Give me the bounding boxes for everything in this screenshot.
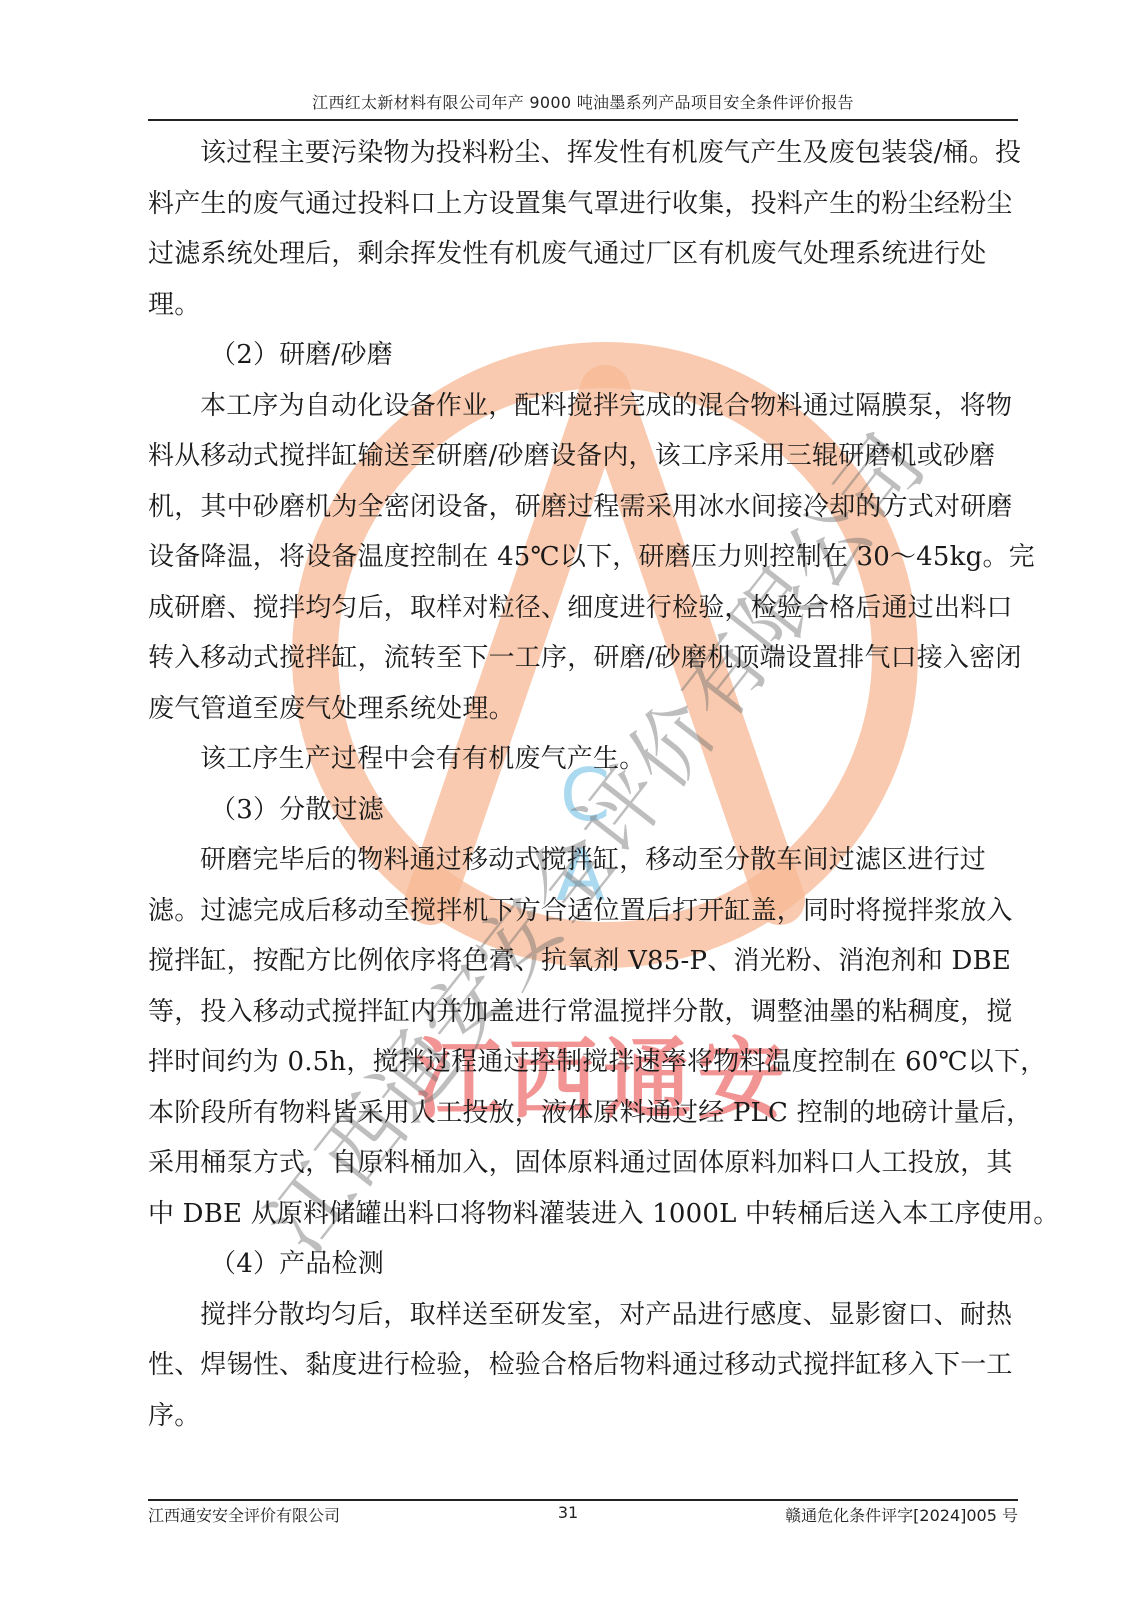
footer-doc-number: 赣通危化条件评字[2024]005 号 bbox=[785, 1503, 1018, 1526]
paragraph-line: 等，投入移动式搅拌缸内并加盖进行常温搅拌分散，调整油墨的粘稠度，搅 bbox=[148, 987, 1008, 1038]
paragraph-line: 该过程主要污染物为投料粉尘、挥发性有机废气产生及废包装袋/桶。投 bbox=[148, 128, 1008, 179]
page-footer: 江西通安安全评价有限公司 31 赣通危化条件评字[2024]005 号 bbox=[148, 1503, 1018, 1529]
paragraph-line: 本工序为自动化设备作业，配料搅拌完成的混合物料通过隔膜泵，将物 bbox=[148, 381, 1008, 432]
paragraph-line: 滤。过滤完成后移动至搅拌机下方合适位置后打开缸盖，同时将搅拌浆放入 bbox=[148, 886, 1008, 937]
header-divider bbox=[148, 119, 1018, 121]
paragraph-line: 本阶段所有物料皆采用人工投放，液体原料通过经 PLC 控制的地磅计量后， bbox=[148, 1088, 1008, 1139]
paragraph-line: 成研磨、搅拌均匀后，取样对粒径、细度进行检验，检验合格后通过出料口 bbox=[148, 583, 1008, 634]
paragraph-line: 拌时间约为 0.5h，搅拌过程通过控制搅拌速率将物料温度控制在 60℃以下， bbox=[148, 1037, 1008, 1088]
paragraph-line: 机，其中砂磨机为全密闭设备，研磨过程需采用冰水间接冷却的方式对研磨 bbox=[148, 482, 1008, 533]
paragraph-line: 搅拌缸，按配方比例依序将色膏、抗氧剂 V85-P、消光粉、消泡剂和 DBE bbox=[148, 936, 1008, 987]
paragraph-line: 采用桶泵方式，自原料桶加入，固体原料通过固体原料加料口人工投放，其 bbox=[148, 1138, 1008, 1189]
footer-divider bbox=[148, 1499, 1018, 1501]
paragraph-line: 废气管道至废气处理系统处理。 bbox=[148, 684, 1008, 735]
paragraph-line: 序。 bbox=[148, 1391, 1008, 1442]
paragraph-line: 转入移动式搅拌缸，流转至下一工序，研磨/砂磨机顶端设置排气口接入密闭 bbox=[148, 633, 1008, 684]
paragraph-line: 料产生的废气通过投料口上方设置集气罩进行收集，投料产生的粉尘经粉尘 bbox=[148, 179, 1008, 230]
document-page: 江西红太新材料有限公司年产 9000 吨油墨系列产品项目安全条件评价报告 C A… bbox=[0, 0, 1131, 1600]
section-heading: （4）产品检测 bbox=[148, 1239, 1008, 1290]
paragraph-line: 搅拌分散均匀后，取样送至研发室，对产品进行感度、显影窗口、耐热 bbox=[148, 1290, 1008, 1341]
paragraph-line: 理。 bbox=[148, 280, 1008, 331]
paragraph-line: 该工序生产过程中会有有机废气产生。 bbox=[148, 734, 1008, 785]
section-heading: （3）分散过滤 bbox=[148, 785, 1008, 836]
paragraph-line: 中 DBE 从原料储罐出料口将物料灌装进入 1000L 中转桶后送入本工序使用。 bbox=[148, 1189, 1008, 1240]
paragraph-line: 过滤系统处理后，剩余挥发性有机废气通过厂区有机废气处理系统进行处 bbox=[148, 229, 1008, 280]
document-body: 该过程主要污染物为投料粉尘、挥发性有机废气产生及废包装袋/桶。投 料产生的废气通… bbox=[148, 128, 1008, 1441]
paragraph-line: 性、焊锡性、黏度进行检验，检验合格后物料通过移动式搅拌缸移入下一工 bbox=[148, 1340, 1008, 1391]
running-header-title: 江西红太新材料有限公司年产 9000 吨油墨系列产品项目安全条件评价报告 bbox=[148, 90, 1018, 113]
section-heading: （2）研磨/砂磨 bbox=[148, 330, 1008, 381]
paragraph-line: 研磨完毕后的物料通过移动式搅拌缸，移动至分散车间过滤区进行过 bbox=[148, 835, 1008, 886]
paragraph-line: 料从移动式搅拌缸输送至研磨/砂磨设备内，该工序采用三辊研磨机或砂磨 bbox=[148, 431, 1008, 482]
paragraph-line: 设备降温，将设备温度控制在 45℃以下，研磨压力则控制在 30～45kg。完 bbox=[148, 532, 1008, 583]
